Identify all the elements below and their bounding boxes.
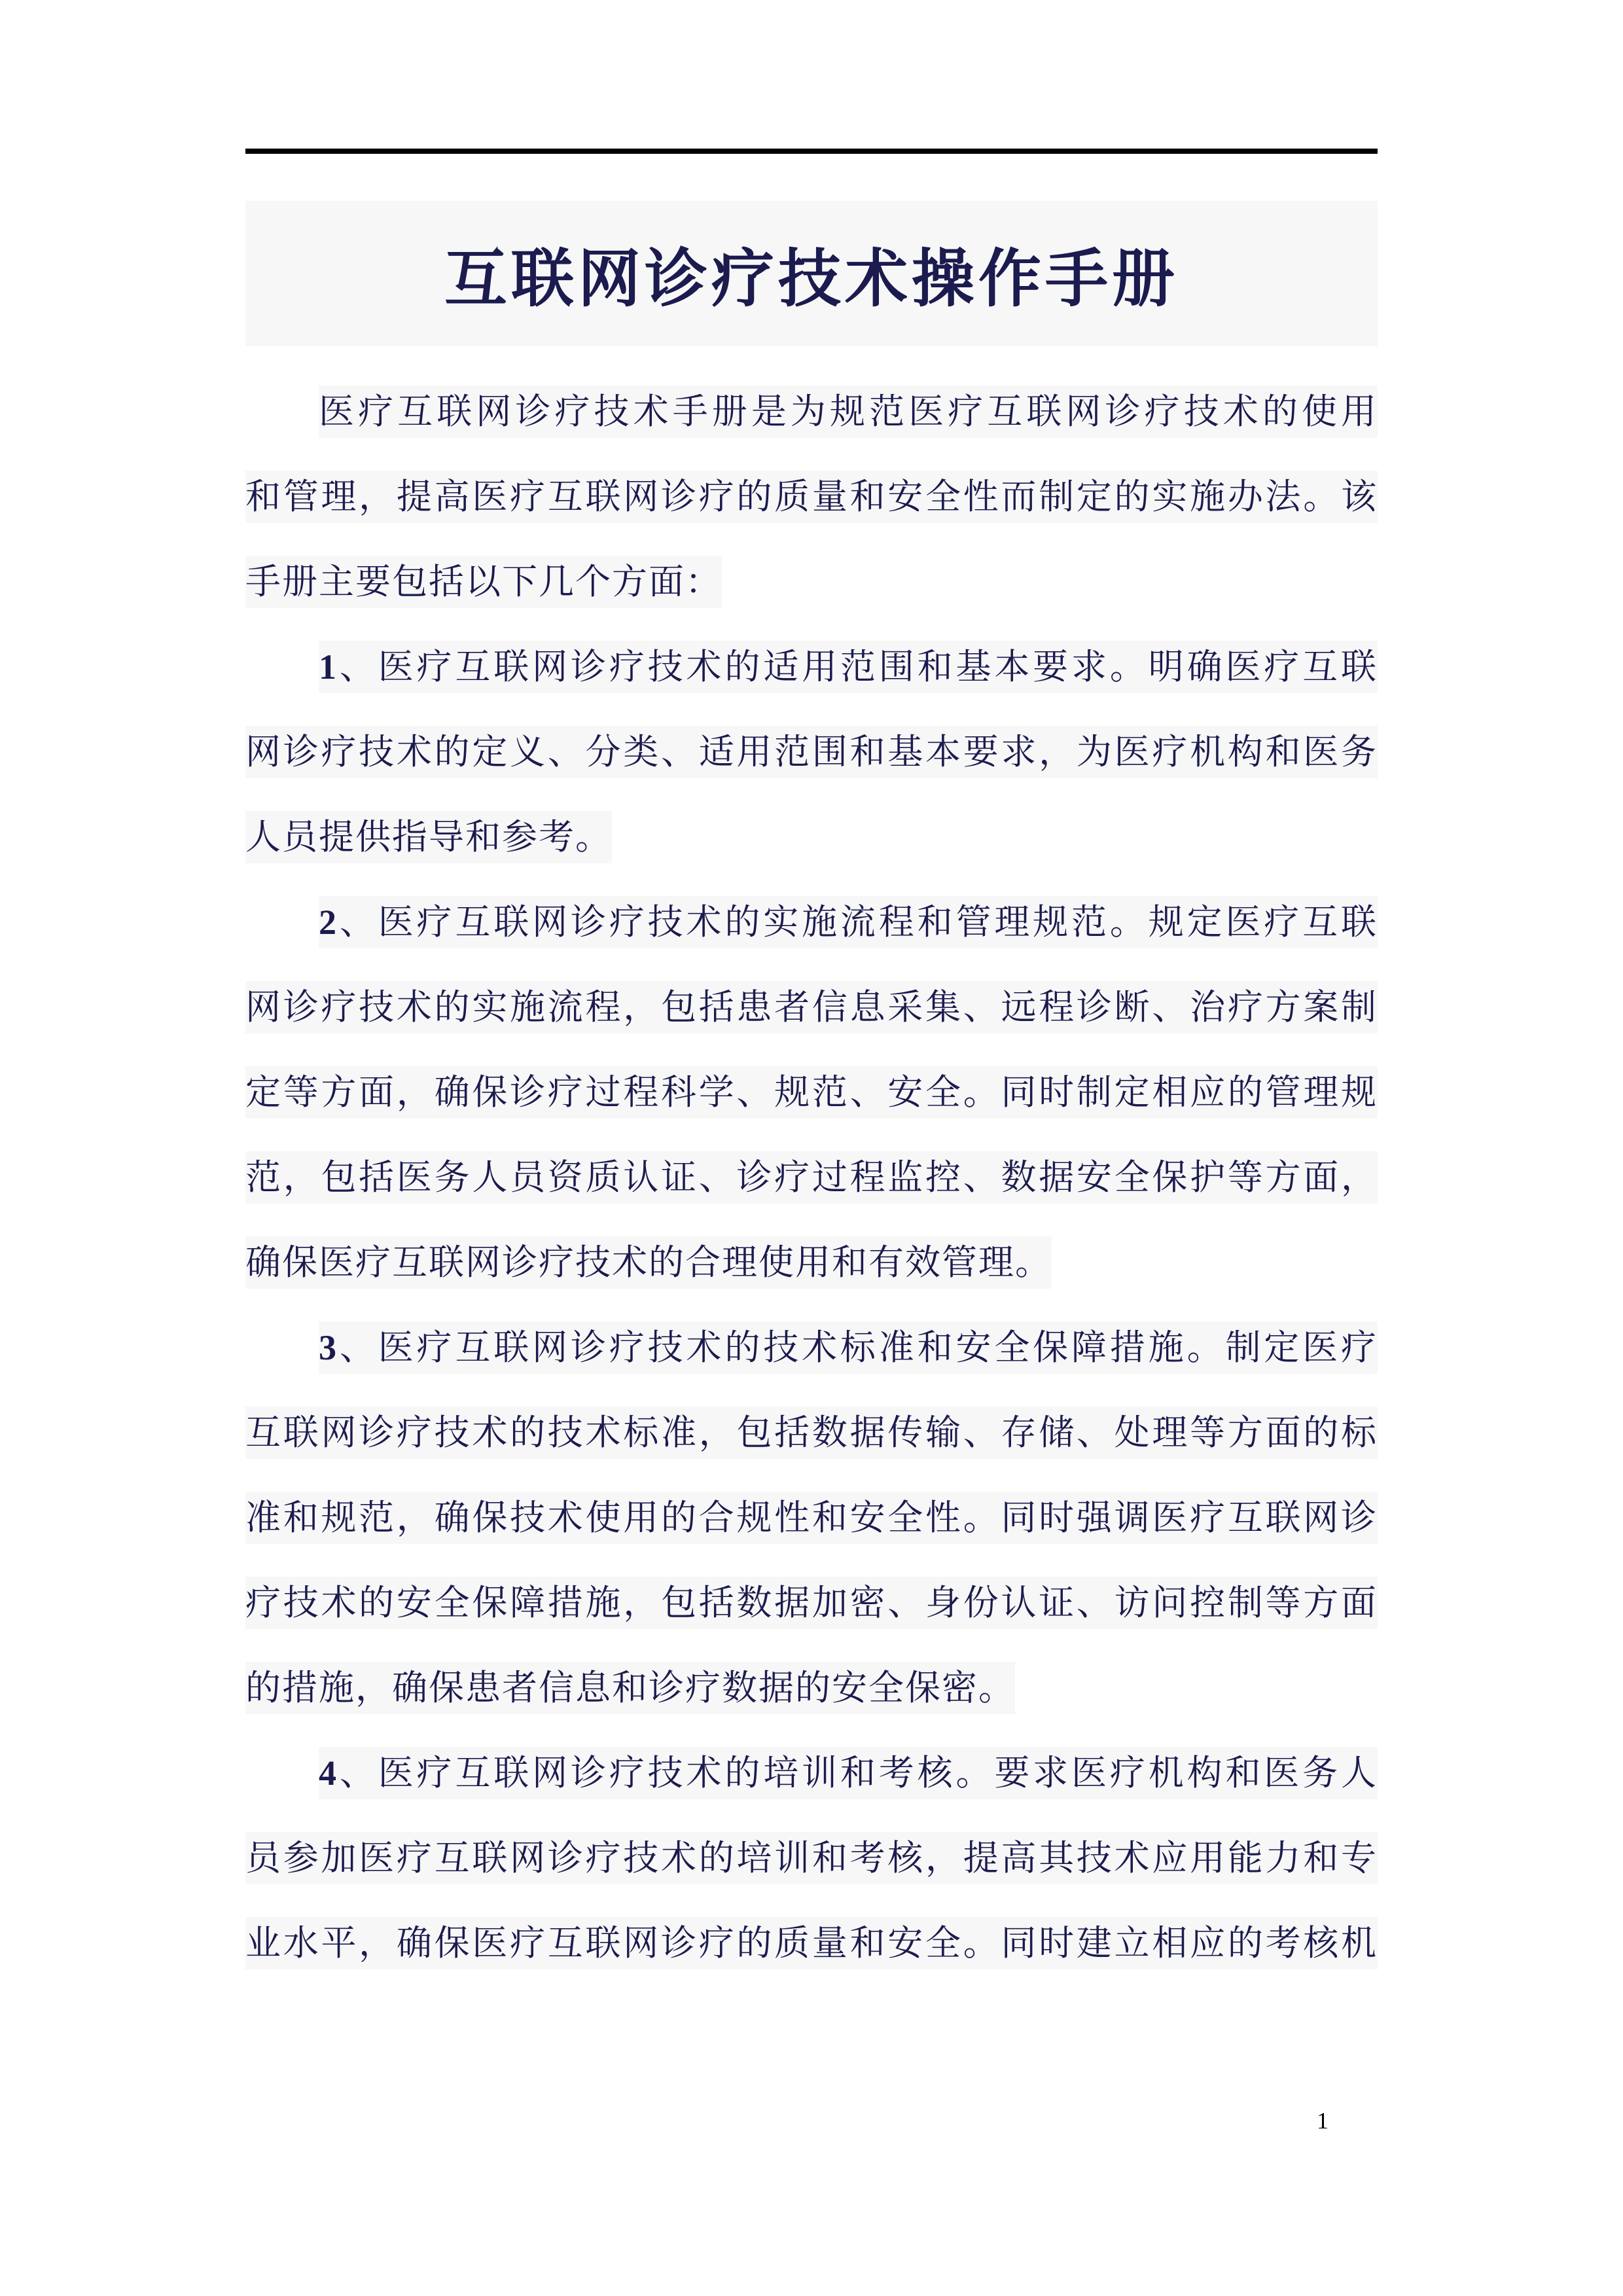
text-line: 和管理，提高医疗互联网诊疗的质量和安全性而制定的实施办法。该 [245,454,1378,539]
text-line: 手册主要包括以下几个方面： [245,539,1378,624]
text-line: 2、医疗互联网诊疗技术的实施流程和管理规范。规定医疗互联 [245,880,1378,965]
text-line: 互联网诊疗技术的技术标准，包括数据传输、存储、处理等方面的标 [245,1390,1378,1475]
text-line: 确保医疗互联网诊疗技术的合理使用和有效管理。 [245,1220,1378,1305]
list-number: 1 [319,647,338,687]
document-page: 互联网诊疗技术操作手册 医疗互联网诊疗技术手册是为规范医疗互联网诊疗技术的使用 … [0,0,1623,2296]
text-line: 范，包括医务人员资质认证、诊疗过程监控、数据安全保护等方面， [245,1135,1378,1220]
horizontal-rule [245,149,1378,154]
text-line: 员参加医疗互联网诊疗技术的培训和考核，提高其技术应用能力和专 [245,1816,1378,1901]
list-number: 2 [319,903,338,942]
text-line: 3、医疗互联网诊疗技术的技术标准和安全保障措施。制定医疗 [245,1305,1378,1390]
text-line: 的措施，确保患者信息和诊疗数据的安全保密。 [245,1645,1378,1731]
document-body: 医疗互联网诊疗技术手册是为规范医疗互联网诊疗技术的使用 和管理，提高医疗互联网诊… [245,369,1378,1986]
text-line: 网诊疗技术的实施流程，包括患者信息采集、远程诊断、治疗方案制 [245,965,1378,1050]
list-number: 3 [319,1328,338,1367]
list-number: 4 [319,1753,338,1793]
document-title-row: 互联网诊疗技术操作手册 [245,192,1378,355]
text-line: 疗技术的安全保障措施，包括数据加密、身份认证、访问控制等方面 [245,1560,1378,1645]
text-line: 1、医疗互联网诊疗技术的适用范围和基本要求。明确医疗互联 [245,624,1378,709]
page-number: 1 [245,2108,1378,2134]
page-title: 互联网诊疗技术操作手册 [245,201,1378,346]
text-line: 医疗互联网诊疗技术手册是为规范医疗互联网诊疗技术的使用 [245,369,1378,454]
text-line: 准和规范，确保技术使用的合规性和安全性。同时强调医疗互联网诊 [245,1475,1378,1560]
text-line: 人员提供指导和参考。 [245,795,1378,880]
text-line: 4、医疗互联网诊疗技术的培训和考核。要求医疗机构和医务人 [245,1731,1378,1816]
text-line: 定等方面，确保诊疗过程科学、规范、安全。同时制定相应的管理规 [245,1050,1378,1135]
text-line: 网诊疗技术的定义、分类、适用范围和基本要求，为医疗机构和医务 [245,709,1378,795]
text-line: 业水平，确保医疗互联网诊疗的质量和安全。同时建立相应的考核机 [245,1901,1378,1986]
